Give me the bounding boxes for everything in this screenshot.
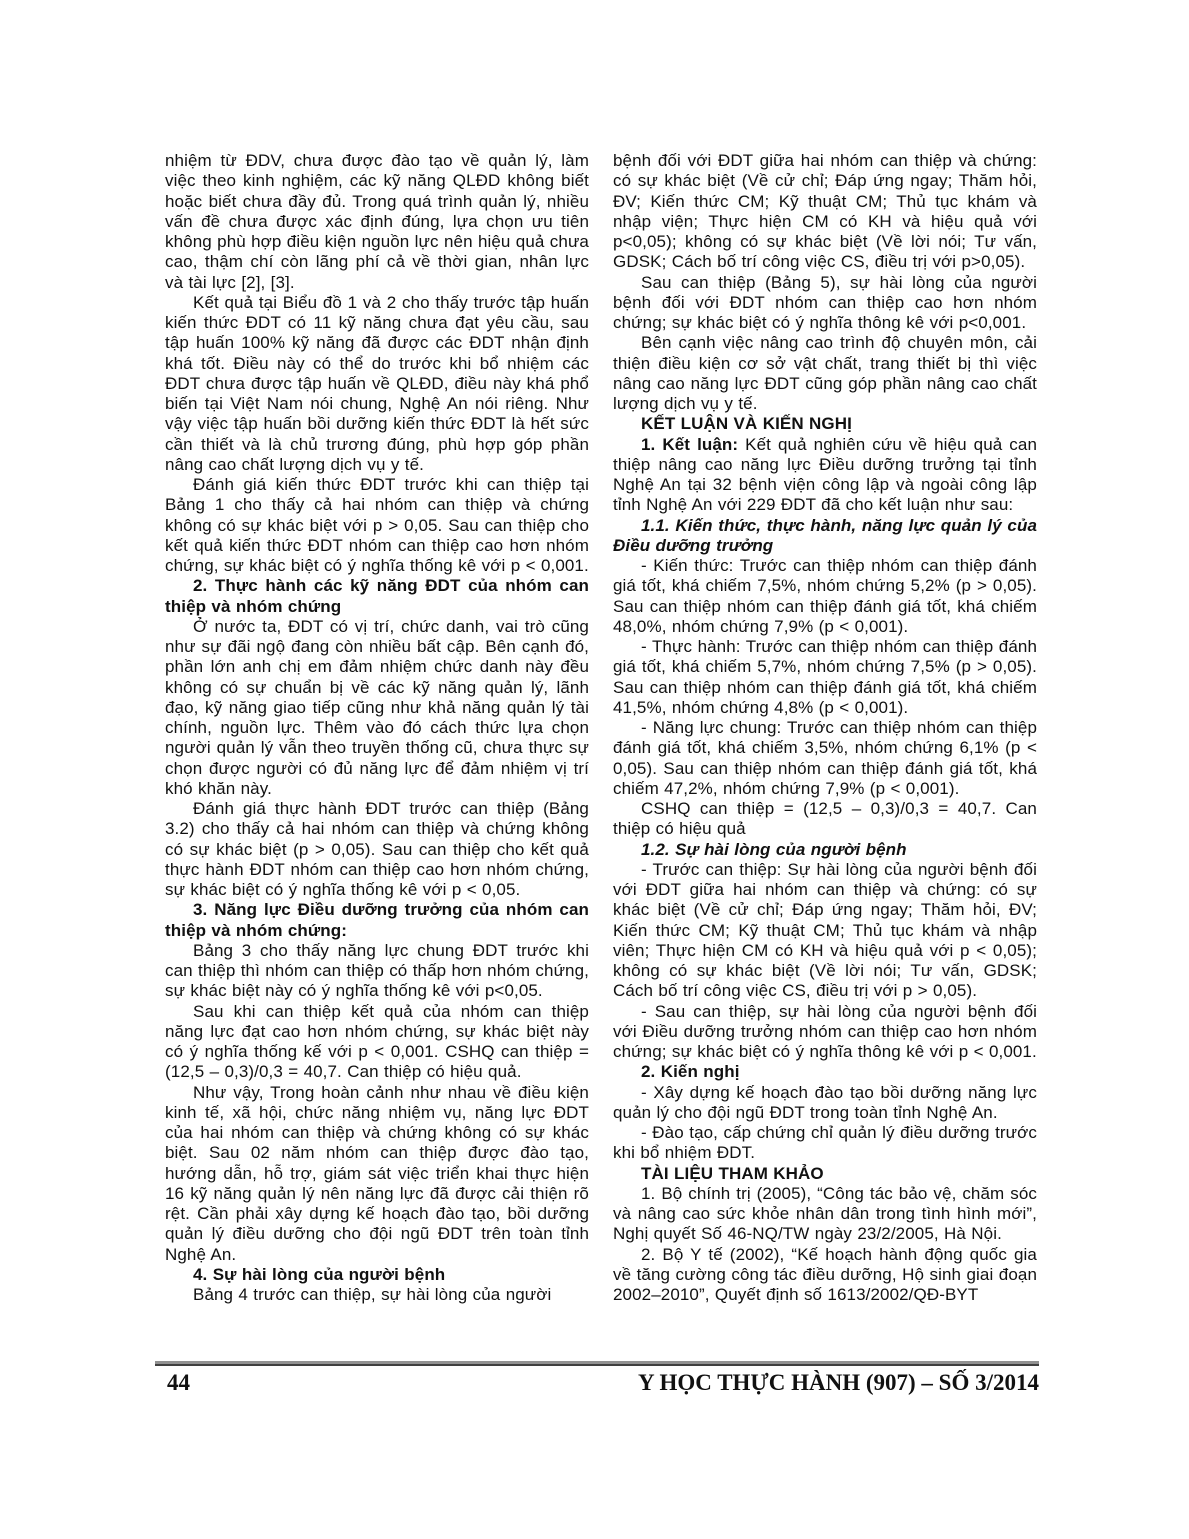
paragraph: Bên cạnh việc nâng cao trình độ chuyên m… xyxy=(613,333,1037,414)
paragraph: - Trước can thiệp: Sự hài lòng của người… xyxy=(613,860,1037,1002)
paragraph: - Sau can thiệp, sự hài lòng của người b… xyxy=(613,1002,1037,1063)
paragraph: Kết quả tại Biểu đồ 1 và 2 cho thấy trướ… xyxy=(165,293,589,475)
page-number: 44 xyxy=(155,1370,190,1396)
section-heading: KẾT LUẬN VÀ KIẾN NGHỊ xyxy=(613,414,1037,434)
subsection-heading: 1.1. Kiến thức, thực hành, năng lực quản… xyxy=(613,516,1037,557)
paragraph: CSHQ can thiệp = (12,5 – 0,3)/0,3 = 40,7… xyxy=(613,799,1037,840)
section-heading: 3. Năng lực Điều dưỡng trưởng của nhóm c… xyxy=(165,900,589,941)
paragraph: Sau can thiệp (Bảng 5), sự hài lòng của … xyxy=(613,273,1037,334)
paragraph: Đánh giá thực hành ĐDT trước can thiệp (… xyxy=(165,799,589,900)
paragraph: - Năng lực chung: Trước can thiệp nhóm c… xyxy=(613,718,1037,799)
section-heading: 2. Thực hành các kỹ năng ĐDT của nhóm ca… xyxy=(165,576,589,617)
paragraph: Sau khi can thiệp kết quả của nhóm can t… xyxy=(165,1002,589,1083)
paragraph: Bảng 3 cho thấy năng lực chung ĐDT trước… xyxy=(165,941,589,1002)
paragraph-lead: 1. Kết luận: xyxy=(641,435,738,454)
journal-title: Y HỌC THỰC HÀNH (907) – SỐ 3/2014 xyxy=(638,1370,1039,1396)
paragraph: bệnh đối với ĐDT giữa hai nhóm can thiệp… xyxy=(613,151,1037,273)
page-footer: 44 Y HỌC THỰC HÀNH (907) – SỐ 3/2014 xyxy=(155,1370,1039,1396)
left-column: nhiệm từ ĐDV, chưa được đào tạo về quản … xyxy=(165,151,589,1305)
paragraph: Bảng 4 trước can thiệp, sự hài lòng của … xyxy=(165,1285,589,1305)
reference-item: 2. Bộ Y tế (2002), “Kế hoạch hành động q… xyxy=(613,1245,1037,1306)
paragraph: nhiệm từ ĐDV, chưa được đào tạo về quản … xyxy=(165,151,589,293)
subsection-heading: 1.2. Sự hài lòng của người bệnh xyxy=(613,840,1037,860)
paragraph: Đánh giá kiến thức ĐDT trước khi can thi… xyxy=(165,475,589,576)
paragraph: Ở nước ta, ĐDT có vị trí, chức danh, vai… xyxy=(165,617,589,799)
paragraph: - Đào tạo, cấp chứng chỉ quản lý điều dư… xyxy=(613,1123,1037,1164)
right-column: bệnh đối với ĐDT giữa hai nhóm can thiệp… xyxy=(613,151,1037,1305)
section-heading: 4. Sự hài lòng của người bệnh xyxy=(165,1265,589,1285)
paragraph: - Thực hành: Trước can thiệp nhóm can th… xyxy=(613,637,1037,718)
journal-article-page: nhiệm từ ĐDV, chưa được đào tạo về quản … xyxy=(0,0,1189,1539)
footer-divider xyxy=(155,1361,1039,1366)
section-heading: TÀI LIỆU THAM KHẢO xyxy=(613,1164,1037,1184)
paragraph: Như vậy, Trong hoàn cảnh như nhau về điề… xyxy=(165,1083,589,1265)
paragraph: - Xây dựng kế hoạch đào tạo bồi dưỡng nă… xyxy=(613,1083,1037,1124)
paragraph: - Kiến thức: Trước can thiệp nhóm can th… xyxy=(613,556,1037,637)
section-heading: 2. Kiến nghị xyxy=(613,1062,1037,1082)
article-body: nhiệm từ ĐDV, chưa được đào tạo về quản … xyxy=(165,151,1037,1305)
paragraph-with-lead: 1. Kết luận: Kết quả nghiên cứu về hiệu … xyxy=(613,435,1037,516)
reference-item: 1. Bộ chính trị (2005), “Công tác bảo vệ… xyxy=(613,1184,1037,1245)
